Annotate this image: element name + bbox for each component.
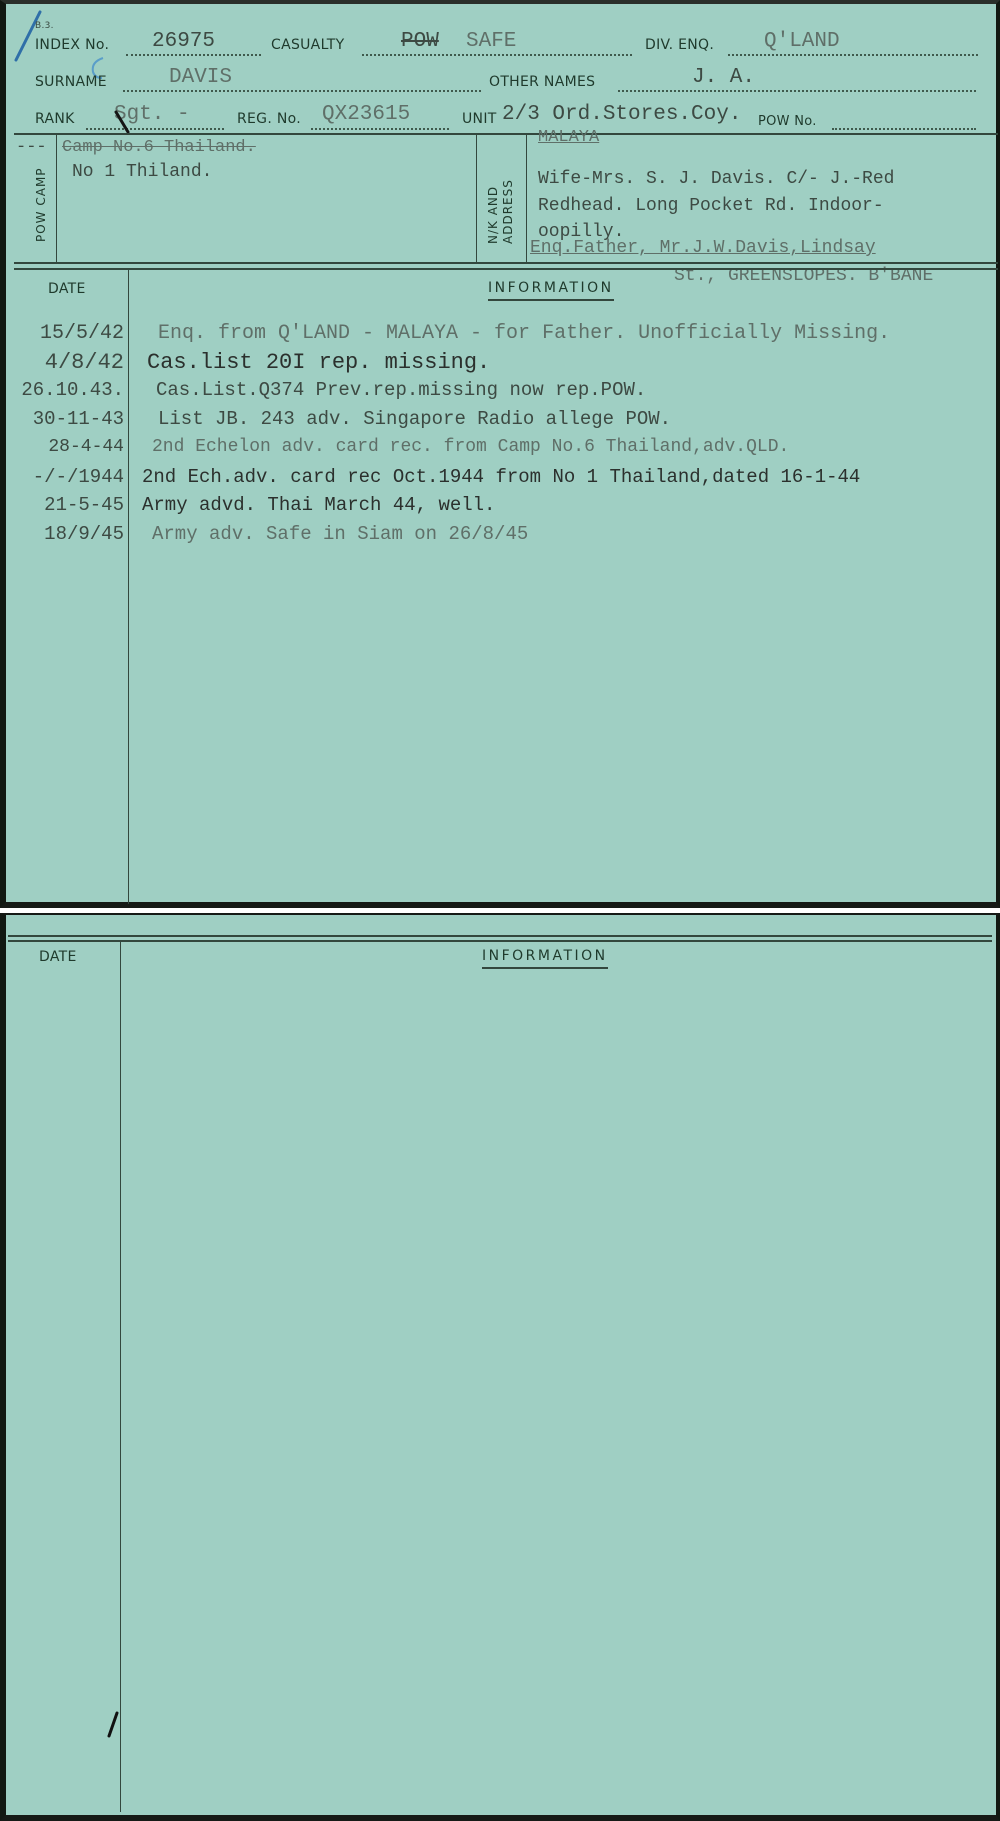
index-no-dotted-line bbox=[126, 54, 261, 56]
row-information: List JB. 243 adv. Singapore Radio allege… bbox=[158, 408, 671, 430]
row-information: 2nd Ech.adv. card rec Oct.1944 from No 1… bbox=[142, 466, 860, 488]
rank-dotted-line bbox=[86, 128, 224, 130]
index-card-back: DATE INFORMATION bbox=[0, 913, 1000, 1821]
div-enq-label: DIV. ENQ. bbox=[645, 37, 714, 53]
row-date: 18/9/45 bbox=[44, 523, 124, 545]
nk-label-divider-right bbox=[526, 134, 527, 262]
date-column-divider bbox=[128, 270, 129, 904]
reg-no-label: REG. No. bbox=[237, 111, 301, 127]
nk-label-divider-left bbox=[476, 134, 477, 262]
box-top-border bbox=[14, 133, 998, 135]
div-enq-value: Q'LAND bbox=[764, 30, 840, 53]
rank-label: RANK bbox=[35, 111, 75, 127]
index-no-value: 26975 bbox=[152, 30, 215, 53]
nk-label-line2: ADDRESS bbox=[501, 179, 515, 244]
surname-value: DAVIS bbox=[169, 66, 232, 89]
surname-dotted-line bbox=[123, 90, 481, 92]
casualty-struck-value: POW bbox=[401, 30, 439, 53]
pow-camp-label: POW CAMP bbox=[34, 167, 48, 242]
back-top-rule-1 bbox=[8, 935, 992, 937]
pen-slash-mark bbox=[10, 8, 50, 64]
row-date: 26.10.43. bbox=[21, 379, 124, 401]
pow-no-dotted-line bbox=[832, 128, 976, 130]
nk-address-line-2: Redhead. Long Pocket Rd. Indoor- bbox=[538, 196, 884, 216]
pen-stroke-mark bbox=[106, 1710, 120, 1740]
information-header: INFORMATION bbox=[488, 280, 614, 301]
back-date-header: DATE bbox=[39, 949, 77, 965]
nk-label-line1: N/K AND bbox=[486, 186, 500, 244]
box-bottom-border bbox=[14, 262, 998, 264]
row-date: 21-5-45 bbox=[44, 494, 124, 516]
date-header: DATE bbox=[48, 281, 86, 297]
row-date: 28-4-44 bbox=[48, 437, 124, 457]
pow-camp-prefix: --- bbox=[16, 138, 47, 157]
reg-no-value: QX23615 bbox=[322, 103, 410, 126]
corner-note: B.3. bbox=[35, 21, 54, 31]
row-information: Army advd. Thai March 44, well. bbox=[142, 494, 495, 516]
row-information: Cas.List.Q374 Prev.rep.missing now rep.P… bbox=[156, 379, 646, 401]
row-information: 2nd Echelon adv. card rec. from Camp No.… bbox=[152, 437, 789, 457]
unit-value: 2/3 Ord.Stores.Coy. bbox=[502, 103, 741, 126]
pen-tick-mark bbox=[112, 108, 132, 136]
row-information: Cas.list 20I rep. missing. bbox=[147, 350, 490, 375]
index-no-label: INDEX No. bbox=[35, 37, 109, 53]
row-date: -/-/1944 bbox=[33, 466, 124, 488]
casualty-dotted-line bbox=[362, 54, 632, 56]
div-enq-dotted-line bbox=[728, 54, 978, 56]
other-names-dotted-line bbox=[618, 90, 976, 92]
nk-address-heading: MALAYA bbox=[538, 128, 599, 147]
back-information-header: INFORMATION bbox=[482, 948, 608, 969]
nk-address-line-4: Enq.Father, Mr.J.W.Davis,Lindsay bbox=[530, 238, 876, 258]
other-names-value: J. A. bbox=[692, 66, 755, 89]
pow-camp-struck-line: Camp No.6 Thailand. bbox=[62, 138, 256, 157]
surname-label: SURNAME bbox=[35, 74, 107, 90]
pow-camp-divider bbox=[56, 134, 57, 262]
reg-no-dotted-line bbox=[311, 128, 449, 130]
casualty-label: CASUALTY bbox=[271, 37, 344, 53]
table-top-border bbox=[14, 268, 998, 270]
other-names-label: OTHER NAMES bbox=[489, 74, 595, 90]
pow-no-label: POW No. bbox=[758, 114, 817, 129]
row-information: Army adv. Safe in Siam on 26/8/45 bbox=[152, 523, 528, 545]
pow-camp-line: No 1 Thiland. bbox=[72, 162, 212, 182]
unit-label: UNIT bbox=[462, 111, 497, 127]
row-date: 4/8/42 bbox=[45, 350, 124, 375]
row-date: 30-11-43 bbox=[33, 408, 124, 430]
row-information: Enq. from Q'LAND - MALAYA - for Father. … bbox=[158, 322, 890, 345]
index-card-front: B.3. INDEX No. 26975 CASUALTY POW SAFE D… bbox=[0, 0, 1000, 908]
back-top-rule-2 bbox=[8, 940, 992, 942]
nk-address-line-1: Wife-Mrs. S. J. Davis. C/- J.-Red bbox=[538, 169, 894, 189]
back-date-column-divider bbox=[120, 942, 121, 1812]
casualty-value: SAFE bbox=[466, 30, 516, 53]
row-date: 15/5/42 bbox=[40, 322, 124, 345]
